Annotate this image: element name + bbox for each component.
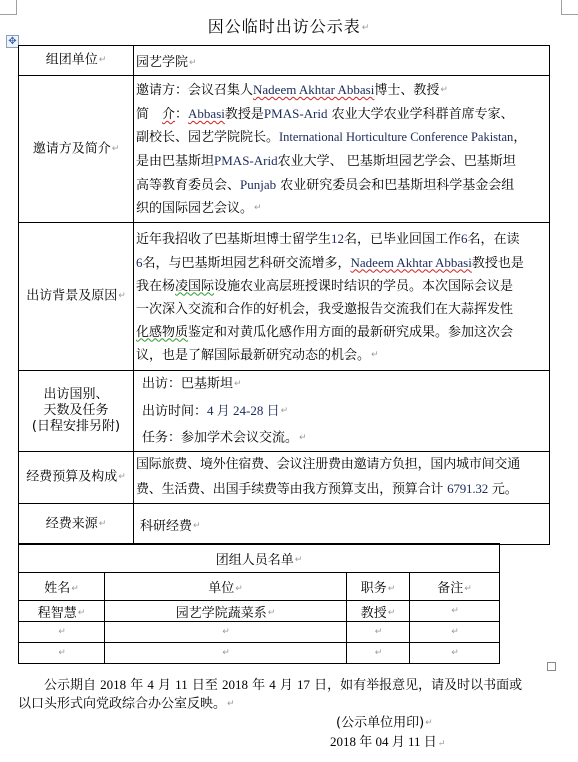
inviter-line: 高等教育委员会、Punjab 农业研究委员会和巴基斯坦科学基金会组 <box>136 173 547 197</box>
members-table: 团组人员名单↵ 姓名↵ 单位↵ 职务↵ 备注↵ 程智慧↵ 园艺学院蔬菜系↵ 教授… <box>18 543 500 664</box>
trip-time: 出访时间：4 月 24-28 日↵ <box>136 398 547 425</box>
member-name[interactable]: ↵ <box>19 622 105 643</box>
row-group-unit: 组团单位↵ 园艺学院↵ <box>19 46 550 76</box>
table-resize-handle-icon[interactable] <box>547 662 556 671</box>
background-line: 6名，与巴基斯坦园艺科研交流增多，Nadeem Akhtar Abbasi教授也… <box>136 251 547 275</box>
background-line: 近年我招收了巴基斯坦博士留学生12名，已毕业回国工作6名，在读 <box>136 227 547 251</box>
inviter-value[interactable]: 邀请方：会议召集人Nadeem Akhtar Abbasi博士、教授↵ 简 介：… <box>134 76 550 223</box>
row-inviter: 邀请方及简介↵ 邀请方：会议召集人Nadeem Akhtar Abbasi博士、… <box>19 76 550 223</box>
inviter-label: 邀请方及简介↵ <box>19 76 134 223</box>
paragraph-mark-icon: ↵ <box>362 23 371 33</box>
member-position[interactable]: 教授↵ <box>347 601 410 622</box>
page-corner-mark <box>561 0 578 15</box>
member-name[interactable]: ↵ <box>19 643 105 664</box>
page-corner-mark <box>0 0 17 15</box>
member-unit[interactable]: ↵ <box>105 643 347 664</box>
header-remark: 备注↵ <box>410 573 500 601</box>
member-remark[interactable]: ↵ <box>410 643 500 664</box>
member-remark[interactable]: ↵ <box>410 622 500 643</box>
funding-value[interactable]: 科研经费↵ <box>134 504 550 545</box>
member-unit[interactable]: ↵ <box>105 622 347 643</box>
table-row: ↵ ↵ ↵ ↵ <box>19 643 500 664</box>
member-name[interactable]: 程智慧↵ <box>19 601 105 622</box>
member-unit[interactable]: 园艺学院蔬菜系↵ <box>105 601 347 622</box>
funding-label: 经费来源↵ <box>19 504 134 545</box>
publish-date: 2018 年 04 月 11 日↵ <box>330 733 445 752</box>
row-budget: 经费预算及构成↵ 国际旅费、境外住宿费、会议注册费由邀请方负担，国内城市间交通 … <box>19 452 550 504</box>
background-label: 出访背景及原因↵ <box>19 223 134 371</box>
trip-label: 出访国别、 天数及任务 (日程安排另附) <box>19 371 134 452</box>
row-background: 出访背景及原因↵ 近年我招收了巴基斯坦博士留学生12名，已毕业回国工作6名，在读… <box>19 223 550 371</box>
background-value[interactable]: 近年我招收了巴基斯坦博士留学生12名，已毕业回国工作6名，在读 6名，与巴基斯坦… <box>134 223 550 371</box>
row-funding: 经费来源↵ 科研经费↵ <box>19 504 550 545</box>
member-remark[interactable]: ↵ <box>410 601 500 622</box>
member-position[interactable]: ↵ <box>347 622 410 643</box>
background-line: 化感物质鉴定和对黄瓜化感作用方面的最新研究成果。参加这次会 <box>136 321 547 344</box>
trip-task: 任务：参加学术会议交流。↵ <box>136 425 547 452</box>
trip-value[interactable]: 出访：巴基斯坦↵ 出访时间：4 月 24-28 日↵ 任务：参加学术会议交流。↵ <box>134 371 550 452</box>
header-position: 职务↵ <box>347 573 410 601</box>
table-row: 程智慧↵ 园艺学院蔬菜系↵ 教授↵ ↵ <box>19 601 500 622</box>
group-unit-label: 组团单位↵ <box>19 46 134 76</box>
inviter-line: 邀请方：会议召集人Nadeem Akhtar Abbasi博士、教授↵ <box>136 78 547 102</box>
members-title-row: 团组人员名单↵ <box>19 544 500 573</box>
inviter-line: 是由巴基斯坦PMAS-Arid农业大学、 巴基斯坦园艺学会、巴基斯坦 <box>136 149 547 173</box>
budget-amount: 6791.32 <box>447 481 488 496</box>
header-name: 姓名↵ <box>19 573 105 601</box>
budget-label: 经费预算及构成↵ <box>19 452 134 504</box>
title-text: 因公临时出访公示表 <box>208 17 361 36</box>
background-line: 我在杨凌国际设施农业高层班授课时结识的学员。本次国际会议是 <box>136 275 547 298</box>
background-line: 一次深入交流和合作的好机会，我受邀报告交流我们在大蒜挥发性 <box>136 298 547 321</box>
header-unit: 单位↵ <box>105 573 347 601</box>
page-title: 因公临时出访公示表↵ <box>0 14 578 37</box>
notice-line-1: 公示期自 2018 年 4 月 11 日至 2018 年 4 月 17 日，如有… <box>18 676 558 695</box>
inviter-line: 织的国际园艺会议。↵ <box>136 197 547 220</box>
table-row: ↵ ↵ ↵ ↵ <box>19 622 500 643</box>
members-header-row: 姓名↵ 单位↵ 职务↵ 备注↵ <box>19 573 500 601</box>
trip-country: 出访：巴基斯坦↵ <box>136 371 547 398</box>
member-position[interactable]: ↵ <box>347 643 410 664</box>
notice-line-2: 以口头形式向党政综合办公室反映。↵ <box>18 695 558 714</box>
budget-value[interactable]: 国际旅费、境外住宿费、会议注册费由邀请方负担，国内城市间交通 费、生活费、出国手… <box>134 452 550 504</box>
inviter-line: 副校长、园艺学院院长。International Horticulture Co… <box>136 126 547 149</box>
row-trip: 出访国别、 天数及任务 (日程安排另附) 出访：巴基斯坦↵ 出访时间：4 月 2… <box>19 371 550 452</box>
footer-notice: 公示期自 2018 年 4 月 11 日至 2018 年 4 月 17 日，如有… <box>18 676 558 714</box>
group-unit-value[interactable]: 园艺学院↵ <box>134 46 550 76</box>
members-title: 团组人员名单↵ <box>19 544 500 573</box>
visit-info-table: 组团单位↵ 园艺学院↵ 邀请方及简介↵ 邀请方：会议召集人Nadeem Akht… <box>18 45 550 545</box>
inviter-line: 简 介：Abbasi教授是PMAS-Arid 农业大学农业学科群首席专家、 <box>136 102 547 126</box>
background-line: 议，也是了解国际最新研究动态的机会。↵ <box>136 344 547 367</box>
seal-note: (公示单位用印)↵ 2018 年 04 月 11 日↵ <box>330 714 445 752</box>
